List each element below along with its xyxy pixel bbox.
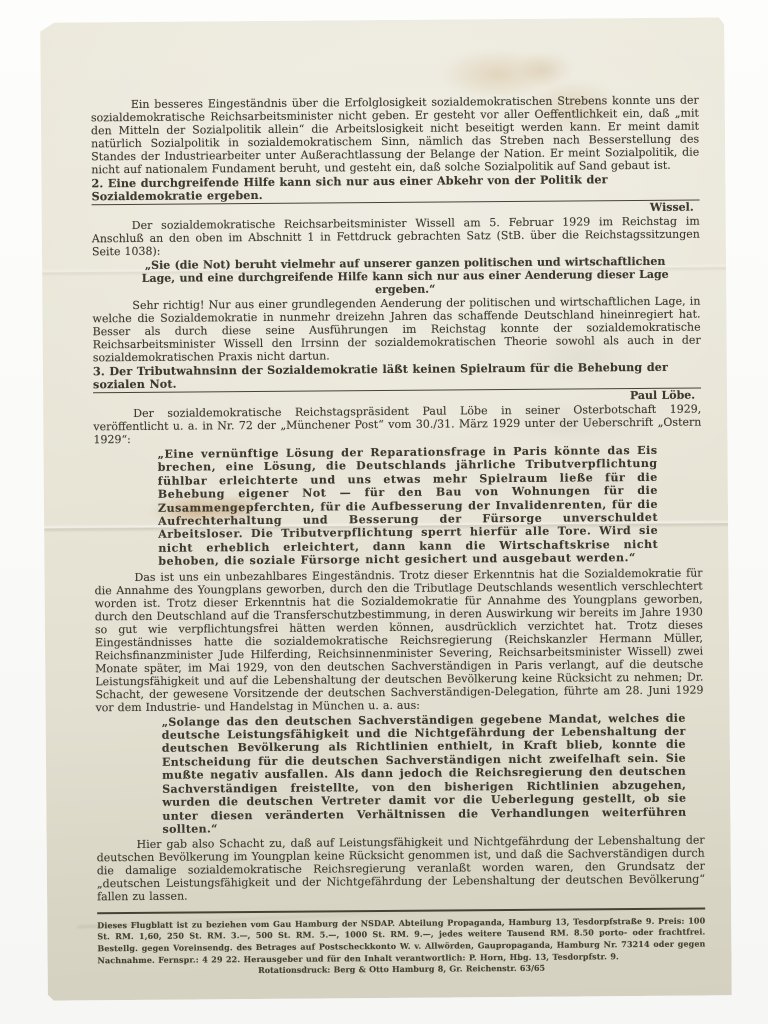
section-3-quote-schacht: „Solange das den deutschen Sachverständi… <box>162 711 687 836</box>
section-3-quote-loebe: „Eine vernünftige Lösung der Reparations… <box>158 444 659 569</box>
imprint-divider-rule <box>97 908 705 915</box>
section-3-paragraph-2: Das ist uns ein unbezahlbares Eingeständ… <box>94 566 703 714</box>
leaflet-text-column: Ein besseres Eingeständnis über die Erfo… <box>40 17 732 1000</box>
section-2-paragraph-2: Sehr richtig! Nur aus einer grundlegende… <box>92 295 700 365</box>
section-3-paragraph-3: Hier gab also Schacht zu, daß auf Leistu… <box>97 834 705 904</box>
imprint-text: Dieses Flugblatt ist zu beziehen vom Gau… <box>97 915 705 966</box>
paper-sheet: Ein besseres Eingeständnis über die Erfo… <box>40 17 732 1000</box>
section-2-paragraph-1: Der sozialdemokratische Reichsarbeitsmin… <box>92 215 700 259</box>
intro-paragraph: Ein besseres Eingeständnis über die Erfo… <box>91 94 700 177</box>
photo-background: Ein besseres Eingeständnis über die Erfo… <box>0 0 768 1024</box>
section-2-quote: „Sie (die Not) beruht vielmehr auf unser… <box>140 255 670 298</box>
section-3-paragraph-1: Der sozialdemokratische Reichstagspräsid… <box>93 403 701 447</box>
